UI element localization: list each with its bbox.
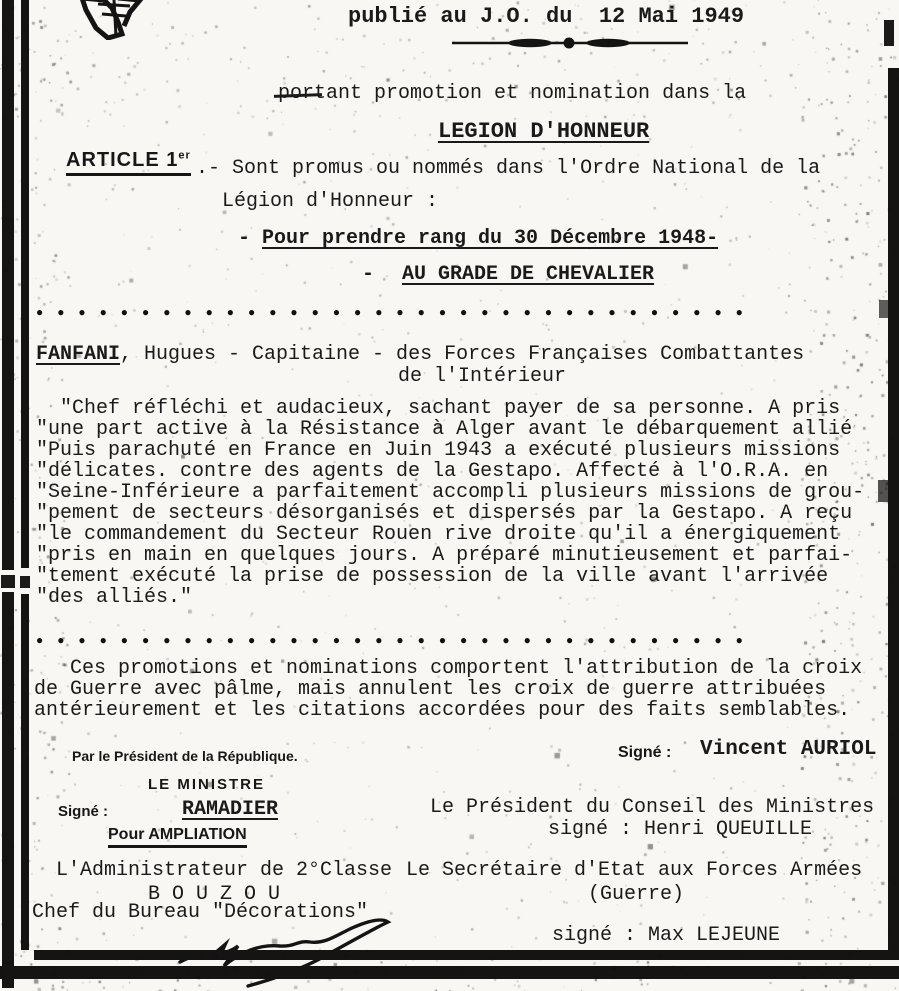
citation-line: "Puis parachuté en France en Juin 1943 a…: [36, 440, 840, 461]
note-line: Ces promotions et nominations comportent…: [34, 658, 862, 679]
left-border-inner-top: [21, 0, 29, 568]
grade-dash: -: [362, 264, 374, 285]
secretary-line: Le Secrétaire d'Etat aux Forces Armées: [406, 860, 862, 881]
citation-line: "Chef réfléchi et audacieux, sachant pay…: [36, 398, 840, 419]
article-line2: Légion d'Honneur :: [222, 191, 438, 212]
citation-line: "pris en main en quelques jours. A prépa…: [36, 545, 852, 566]
signed-label-left: Signé :: [58, 803, 108, 820]
article-label-ordinal: er: [178, 149, 190, 161]
council-president-line: Le Président du Conseil des Ministres: [430, 797, 874, 818]
right-edge-blotch-1: [884, 20, 894, 46]
citation-line: "des alliés.": [36, 587, 192, 608]
order-title: LEGION D'HONNEUR: [438, 121, 649, 142]
note-block: Ces promotions et nominations comportent…: [34, 658, 72, 748]
published-line: publié au J.O. du 12 Mai 1949: [348, 6, 744, 27]
ornament-divider-icon: [452, 36, 688, 50]
ampliation-label: Pour AMPLIATION: [108, 826, 247, 848]
left-border-break-mark2: [20, 576, 30, 588]
rank-date-text: Pour prendre rang du 30 Décembre 1948-: [262, 227, 718, 250]
left-border-outer-top: [2, 0, 14, 570]
recipient-name: FANFANI: [36, 343, 120, 366]
recipient-line: FANFANI, Hugues - Capitaine - des Forces…: [36, 344, 804, 365]
citation-line: "pement de secteurs désorganisés et disp…: [36, 503, 852, 524]
recipient-unit-line: de l'Intérieur: [398, 366, 566, 387]
grade-line: AU GRADE DE CHEVALIER: [402, 264, 654, 285]
left-border-break-mark: [1, 575, 15, 588]
note-line: antérieurement et les citations accordée…: [34, 700, 850, 721]
citation-line: "une part active à la Résistance à Alger…: [36, 419, 852, 440]
article-label-text: ARTICLE 1: [66, 149, 178, 171]
secretary-dept: (Guerre): [588, 884, 684, 905]
rank-date-dash: -: [238, 227, 262, 250]
right-edge-blotch-3: [878, 480, 888, 502]
note-line: de Guerre avec pâlme, mais annulent les …: [34, 679, 826, 700]
right-border: [888, 68, 899, 953]
recipient-details: , Hugues - Capitaine - des Forces França…: [120, 343, 804, 366]
council-signed-line: signé : Henri QUEUILLE: [548, 819, 812, 840]
citation-block: "Chef réfléchi et audacieux, sachant pay…: [36, 398, 74, 614]
minister-signature-name: RAMADIER: [182, 799, 278, 820]
scanned-decree-page: publié au J.O. du 12 Mai 1949 portant pr…: [0, 0, 899, 991]
emblem-icon: [78, 0, 156, 40]
citation-line: "délicates. contre des agents de la Gest…: [36, 461, 828, 482]
president-signature-name: Vincent AURIOL: [700, 739, 876, 760]
citation-line: "tement exécuté la prise de possession d…: [36, 566, 828, 587]
citation-line: "le commandement du Secteur Rouen rive d…: [36, 524, 840, 545]
citation-line: "Seine-Inférieure a parfaitement accompl…: [36, 482, 864, 503]
administrator-line: L'Administrateur de 2°Classe: [56, 860, 392, 881]
minister-label: LE MINISTRE: [148, 776, 265, 793]
rank-date-line: - Pour prendre rang du 30 Décembre 1948-: [238, 228, 718, 249]
left-border-inner-bottom: [21, 594, 29, 950]
article-line1: .- Sont promus ou nommés dans l'Ordre Na…: [196, 158, 820, 179]
signature-scribble-icon: [120, 916, 460, 991]
article-label: ARTICLE 1er: [66, 149, 191, 176]
dotted-separator-1: ●●●●●●●●●●●●●●●●●●●●●●●●●●●●●●●●●●: [36, 306, 892, 320]
signed-label-right: Signé :: [618, 744, 671, 762]
left-border-outer-bottom: [2, 592, 14, 988]
by-president-label: Par le Président de la République.: [72, 748, 298, 764]
subject-line: portant promotion et nomination dans la: [278, 83, 746, 104]
secretary-signed-line: signé : Max LEJEUNE: [552, 925, 780, 946]
dotted-separator-2: ●●●●●●●●●●●●●●●●●●●●●●●●●●●●●●●●●●: [36, 634, 892, 648]
